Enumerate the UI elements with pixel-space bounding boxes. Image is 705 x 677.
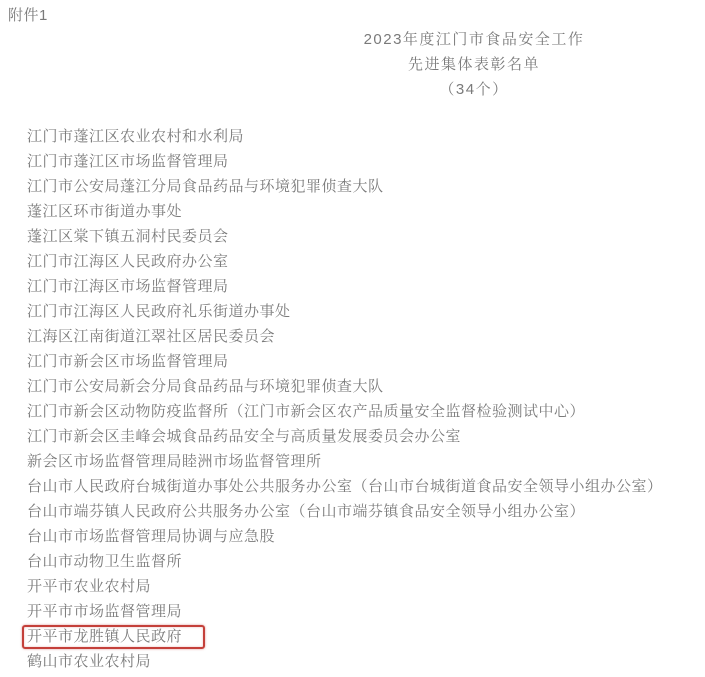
list-item: 台山市市场监督管理局协调与应急股 <box>27 524 705 549</box>
list-item: 江门市新会区市场监督管理局 <box>27 349 705 374</box>
list-item: 新会区市场监督管理局睦洲市场监督管理所 <box>27 449 705 474</box>
list-item: 鹤山市农业农村局 <box>27 649 705 674</box>
list-item: 开平市龙胜镇人民政府 <box>27 624 705 649</box>
highlight-box: 开平市龙胜镇人民政府 <box>22 625 205 649</box>
title-line-3: （34个） <box>364 77 585 102</box>
list-item: 江海区江南街道江翠社区居民委员会 <box>27 324 705 349</box>
title-line-2: 先进集体表彰名单 <box>364 52 585 77</box>
list-item: 台山市端芬镇人民政府公共服务办公室（台山市端芬镇食品安全领导小组办公室） <box>27 499 705 524</box>
list-item: 江门市新会区动物防疫监督所（江门市新会区农产品质量安全监督检验测试中心） <box>27 399 705 424</box>
title-line-1: 2023年度江门市食品安全工作 <box>364 27 585 52</box>
list-item: 台山市人民政府台城街道办事处公共服务办公室（台山市台城街道食品安全领导小组办公室… <box>27 474 705 499</box>
list-item: 江门市公安局蓬江分局食品药品与环境犯罪侦查大队 <box>27 174 705 199</box>
list-item: 江门市蓬江区市场监督管理局 <box>27 149 705 174</box>
list-item: 江门市江海区人民政府办公室 <box>27 249 705 274</box>
list-item: 江门市江海区市场监督管理局 <box>27 274 705 299</box>
document-title: 2023年度江门市食品安全工作 先进集体表彰名单 （34个） <box>364 27 585 102</box>
list-item: 江门市新会区圭峰会城食品药品安全与高质量发展委员会办公室 <box>27 424 705 449</box>
list-item: 江门市江海区人民政府礼乐街道办事处 <box>27 299 705 324</box>
list-item: 开平市市场监督管理局 <box>27 599 705 624</box>
list-item: 江门市蓬江区农业农村和水利局 <box>27 124 705 149</box>
attachment-label: 附件1 <box>8 6 48 26</box>
document-page: { "page": { "attachment_label": "附件1", "… <box>0 0 705 677</box>
list-item: 蓬江区棠下镇五洞村民委员会 <box>27 224 705 249</box>
list-item: 开平市农业农村局 <box>27 574 705 599</box>
list-item: 蓬江区环市街道办事处 <box>27 199 705 224</box>
commendation-list: 江门市蓬江区农业农村和水利局江门市蓬江区市场监督管理局江门市公安局蓬江分局食品药… <box>27 124 705 674</box>
list-item: 台山市动物卫生监督所 <box>27 549 705 574</box>
list-item: 江门市公安局新会分局食品药品与环境犯罪侦查大队 <box>27 374 705 399</box>
